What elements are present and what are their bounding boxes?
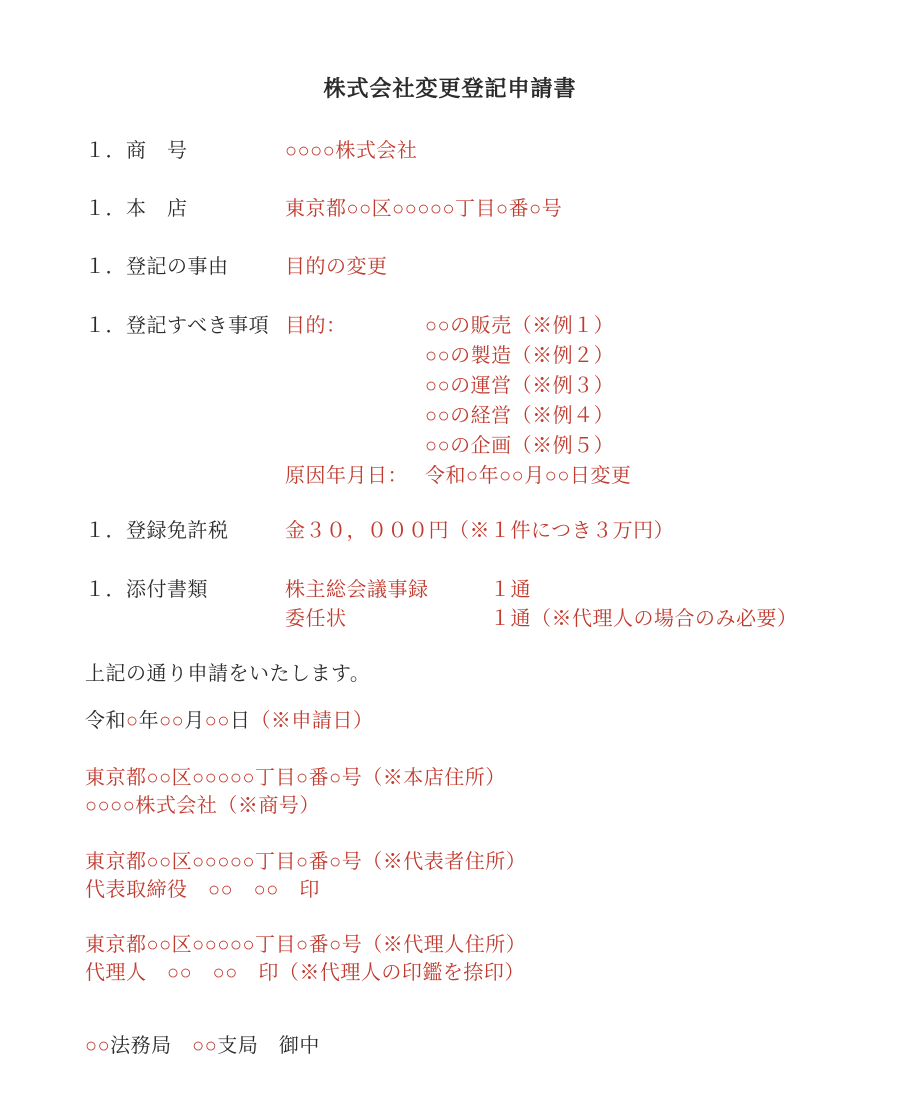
purpose-item: ○○の販売（※例１）	[425, 311, 614, 341]
date-segment: 日	[230, 710, 251, 732]
field-row-registration-reason: １．登記の事由 目的の変更	[85, 254, 850, 280]
applicant-name-line: ○○○○株式会社（※商号）	[85, 792, 850, 820]
applicant-address-line: 東京都○○区○○○○○丁目○番○号（※本店住所）	[85, 764, 850, 792]
applicant-block-representative: 東京都○○区○○○○○丁目○番○号（※代表者住所） 代表取締役 ○○ ○○ 印	[85, 848, 850, 904]
applicant-name-line: 代理人 ○○ ○○ 印（※代理人の印鑑を捺印）	[85, 959, 850, 987]
application-date-line: 令和○年○○月○○日（※申請日）	[85, 708, 850, 734]
purpose-label: 目的：	[285, 311, 425, 341]
field-label-attachments: １．添付書類	[85, 576, 285, 605]
field-row-license-tax: １．登録免許税 金３０，０００円（※１件につき３万円）	[85, 518, 850, 544]
addressee-segment: ○○	[85, 1035, 110, 1057]
date-segment: （※申請日）	[250, 710, 373, 732]
field-label-registration-reason: １．登記の事由	[85, 254, 285, 280]
addressee-segment: 法務局	[110, 1035, 192, 1057]
date-segment: ○○	[159, 710, 184, 732]
field-value-license-tax: 金３０，０００円（※１件につき３万円）	[285, 518, 674, 544]
applicant-block-head-office: 東京都○○区○○○○○丁目○番○号（※本店住所） ○○○○株式会社（※商号）	[85, 764, 850, 820]
field-label-license-tax: １．登録免許税	[85, 518, 285, 544]
attachment-item: 株主総会議事録 １通	[285, 576, 798, 605]
attachment-name: 委任状	[285, 605, 490, 634]
cause-date-value: 令和○年○○月○○日変更	[425, 461, 631, 491]
field-row-attachments: １．添付書類 株主総会議事録 １通 委任状 １通（※代理人の場合のみ必要）	[85, 576, 850, 634]
date-segment: 令和	[85, 710, 126, 732]
cause-date-row: 原因年月日： 令和○年○○月○○日変更	[85, 461, 850, 491]
purpose-items-list: ○○の販売（※例１） ○○の製造（※例２） ○○の運営（※例３） ○○の経営（※…	[425, 311, 614, 461]
date-segment: 月	[184, 710, 205, 732]
attachment-item: 委任状 １通（※代理人の場合のみ必要）	[285, 605, 798, 634]
declaration-text: 上記の通り申請をいたします。	[85, 661, 850, 687]
attachment-name: 株主総会議事録	[285, 576, 490, 605]
field-row-head-office: １．本 店 東京都○○区○○○○○丁目○番○号	[85, 196, 850, 222]
addressee-segment: 支局 御中	[217, 1035, 320, 1057]
applicant-name-line: 代表取締役 ○○ ○○ 印	[85, 876, 850, 904]
attachment-list: 株主総会議事録 １通 委任状 １通（※代理人の場合のみ必要）	[285, 576, 798, 634]
registration-application-document: 株式会社変更登記申請書 １．商 号 ○○○○株式会社 １．本 店 東京都○○区○…	[0, 0, 900, 1120]
date-segment: ○○	[205, 710, 230, 732]
addressee-line: ○○法務局 ○○支局 御中	[85, 1033, 850, 1059]
field-label-registration-matters: １．登記すべき事項	[85, 311, 285, 341]
field-value-head-office: 東京都○○区○○○○○丁目○番○号	[285, 196, 562, 222]
applicant-address-line: 東京都○○区○○○○○丁目○番○号（※代理人住所）	[85, 931, 850, 959]
field-label-trade-name: １．商 号	[85, 138, 285, 164]
field-value-trade-name: ○○○○株式会社	[285, 138, 417, 164]
date-segment: 年	[139, 710, 160, 732]
attachment-count: １通	[490, 576, 531, 605]
purpose-item: ○○の経営（※例４）	[425, 401, 614, 431]
field-value-registration-reason: 目的の変更	[285, 254, 388, 280]
attachment-count: １通（※代理人の場合のみ必要）	[490, 605, 798, 634]
addressee-segment: ○○	[192, 1035, 217, 1057]
field-row-registration-matters: １．登記すべき事項 目的： ○○の販売（※例１） ○○の製造（※例２） ○○の運…	[85, 311, 850, 461]
field-label-head-office: １．本 店	[85, 196, 285, 222]
cause-date-label: 原因年月日：	[285, 461, 425, 491]
purpose-item: ○○の運営（※例３）	[425, 371, 614, 401]
date-segment: ○	[126, 710, 139, 732]
document-title: 株式会社変更登記申請書	[50, 76, 850, 102]
purpose-item: ○○の製造（※例２）	[425, 341, 614, 371]
field-row-trade-name: １．商 号 ○○○○株式会社	[85, 138, 850, 164]
purpose-item: ○○の企画（※例５）	[425, 431, 614, 461]
applicant-block-agent: 東京都○○区○○○○○丁目○番○号（※代理人住所） 代理人 ○○ ○○ 印（※代…	[85, 931, 850, 987]
applicant-address-line: 東京都○○区○○○○○丁目○番○号（※代表者住所）	[85, 848, 850, 876]
